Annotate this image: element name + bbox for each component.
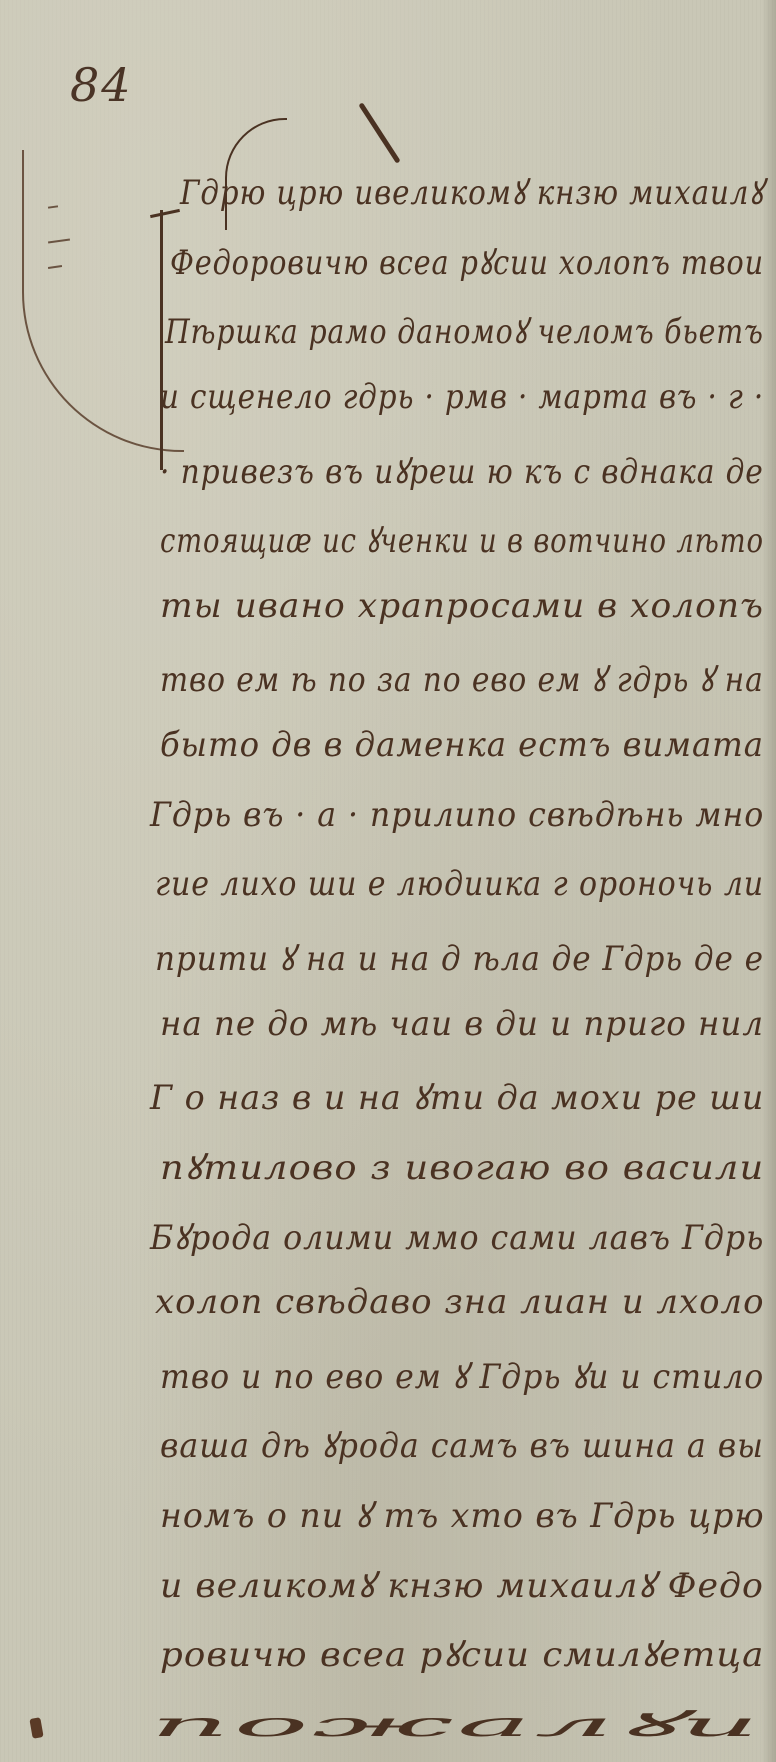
- manuscript-line: тво ем ѣ по за по ево ем ꙋ гдрь ꙋ на: [160, 655, 764, 701]
- manuscript-line: Бꙋрода олими ммо сами лавъ Гдрь: [150, 1213, 764, 1259]
- manuscript-line: стоящиӕ ис ꙋченки и в вотчино лѣто: [160, 516, 764, 562]
- manuscript-line: быто дв в даменка естъ вимата: [160, 725, 764, 765]
- ink-stroke-accent: [358, 102, 400, 163]
- manuscript-line: и сщенело гдрь · рмв · марта въ · г ·: [160, 377, 764, 417]
- manuscript-line: пꙋтилово з ивогаю во васили: [160, 1143, 764, 1189]
- manuscript-line: пожалꙋи: [150, 1700, 763, 1746]
- manuscript-line: ваша дѣ ꙋрода самъ въ шина а вы: [160, 1421, 764, 1467]
- manuscript-page: 84 Гдрю црю ивеликомꙋ кнзю михаилꙋФедоро…: [0, 0, 776, 1762]
- manuscript-line: номъ о пи ꙋ тъ хто въ Гдрь црю: [160, 1491, 765, 1537]
- manuscript-line: ровичю всеа рꙋсии смилꙋетца: [160, 1630, 764, 1676]
- manuscript-line: прити ꙋ на и на д ѣла де Гдрь де е: [155, 934, 764, 980]
- manuscript-line: Г о наз в и на ꙋти да мохи ре ши: [150, 1073, 764, 1119]
- manuscript-line: тво и по ево ем ꙋ Гдрь ꙋи и стило: [160, 1352, 764, 1398]
- folio-number: 84: [70, 58, 133, 112]
- manuscript-line: гие лихо ши е людиика г ороночь ли: [155, 864, 764, 904]
- manuscript-line: и великомꙋ кнзю михаилꙋ Федо: [160, 1561, 764, 1607]
- manuscript-line: холоп свѣдаво зна лиан и лхоло: [155, 1282, 765, 1322]
- manuscript-line: на пе до мѣ чаи в ди и приго нил: [160, 1004, 764, 1044]
- manuscript-line: Федоровичю всеа рꙋсии холопъ твои: [170, 238, 764, 284]
- manuscript-line: Гдрю црю ивеликомꙋ кнзю михаилꙋ: [180, 168, 764, 214]
- initial-letter-stem: [160, 210, 163, 470]
- manuscript-line: Гдрь въ · а · прилипо свѣдѣнь мно: [150, 795, 764, 835]
- manuscript-line: Пѣршка рамо даномоꙋ челомъ бьетъ: [165, 307, 764, 353]
- ink-blot: [29, 1717, 43, 1739]
- manuscript-line: ты ивано храпросами в холопъ: [160, 586, 764, 626]
- manuscript-line: · привезъ въ иꙋреш ю къ с вднака де: [160, 447, 764, 493]
